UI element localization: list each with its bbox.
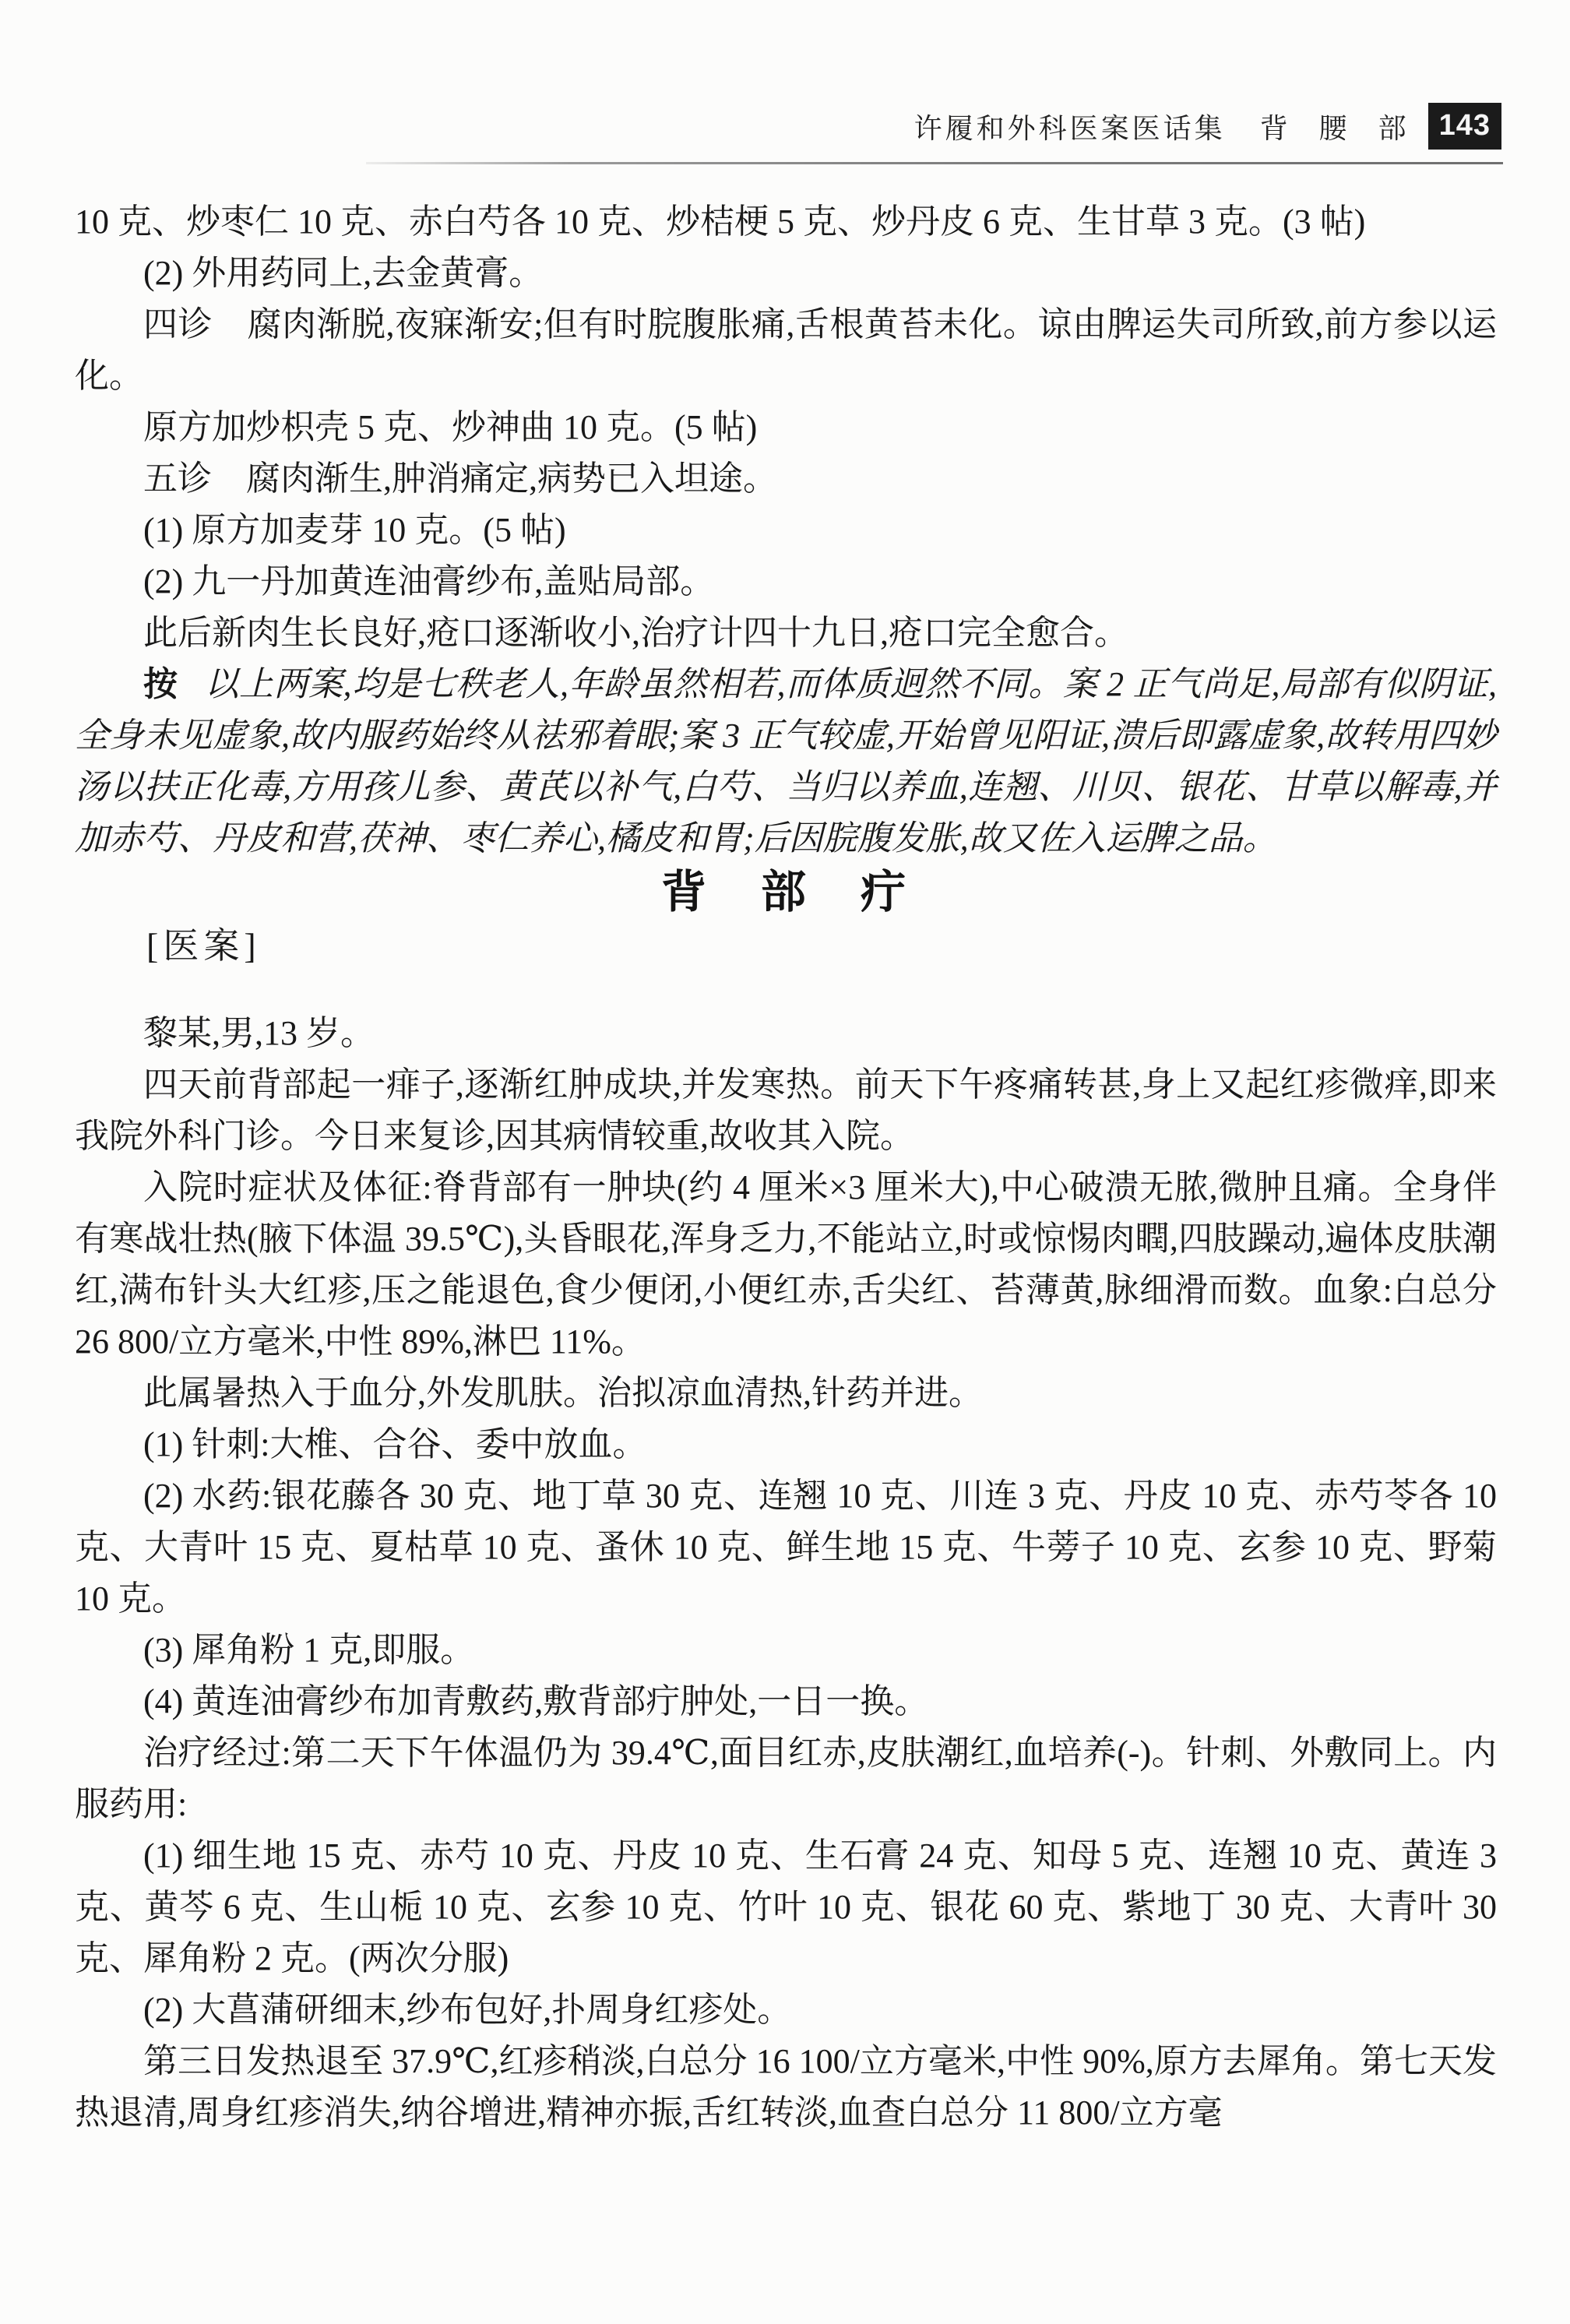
- paragraph: 此后新肉生长良好,疮口逐渐收小,治疗计四十九日,疮口完全愈合。: [75, 607, 1497, 659]
- paragraph: 此属暑热入于血分,外发肌肤。治拟凉血清热,针药并进。: [75, 1368, 1497, 1419]
- paragraph: (2) 大菖蒲研细末,纱布包好,扑周身红疹处。: [75, 1984, 1497, 2036]
- book-page: 许履和外科医案医话集 背 腰 部 143 10 克、炒枣仁 10 克、赤白芍各 …: [0, 0, 1570, 2324]
- paragraph: 五诊 腐肉渐生,肿消痛定,病势已入坦途。: [75, 453, 1497, 505]
- paragraph: 黎某,男,13 岁。: [75, 1008, 1497, 1059]
- header-rule: [366, 162, 1503, 164]
- commentary-lead: 按: [143, 665, 178, 703]
- commentary-paragraph: 按以上两案,均是七秩老人,年龄虽然相若,而体质迥然不同。案 2 正气尚足,局部有…: [75, 659, 1497, 864]
- page-number-badge: 143: [1428, 103, 1501, 150]
- book-title: 许履和外科医案医话集: [914, 107, 1226, 146]
- page-body: 10 克、炒枣仁 10 克、赤白芍各 10 克、炒桔梗 5 克、炒丹皮 6 克、…: [75, 196, 1497, 2139]
- paragraph: 四天前背部起一痱子,逐渐红肿成块,并发寒热。前天下午疼痛转甚,身上又起红疹微痒,…: [75, 1059, 1497, 1162]
- paragraph: (1) 原方加麦芽 10 克。(5 帖): [75, 505, 1497, 556]
- case-label: [医案]: [75, 921, 1497, 972]
- commentary-text: 以上两案,均是七秩老人,年龄虽然相若,而体质迥然不同。案 2 正气尚足,局部有似…: [75, 665, 1497, 857]
- paragraph: 第三日发热退至 37.9℃,红疹稍淡,白总分 16 100/立方毫米,中性 90…: [75, 2036, 1497, 2139]
- paragraph: (3) 犀角粉 1 克,即服。: [75, 1625, 1497, 1676]
- paragraph: 原方加炒枳壳 5 克、炒神曲 10 克。(5 帖): [75, 402, 1497, 453]
- paragraph: 四诊 腐肉渐脱,夜寐渐安;但有时脘腹胀痛,舌根黄苔未化。谅由脾运失司所致,前方参…: [75, 299, 1497, 402]
- paragraph: 治疗经过:第二天下午体温仍为 39.4℃,面目红赤,皮肤潮红,血培养(-)。针刺…: [75, 1727, 1497, 1830]
- running-head: 许履和外科医案医话集 背 腰 部 143: [914, 103, 1501, 150]
- paragraph: (1) 针刺:大椎、合谷、委中放血。: [75, 1419, 1497, 1470]
- paragraph: (1) 细生地 15 克、赤芍 10 克、丹皮 10 克、生石膏 24 克、知母…: [75, 1830, 1497, 1984]
- paragraph: (4) 黄连油膏纱布加青敷药,敷背部疔肿处,一日一换。: [75, 1676, 1497, 1727]
- paragraph: 10 克、炒枣仁 10 克、赤白芍各 10 克、炒桔梗 5 克、炒丹皮 6 克、…: [75, 196, 1497, 248]
- section-title: 背 部 疔: [75, 864, 1497, 921]
- paragraph: (2) 外用药同上,去金黄膏。: [75, 248, 1497, 299]
- running-head-section: 背 腰 部: [1260, 107, 1408, 146]
- paragraph: 入院时症状及体征:脊背部有一肿块(约 4 厘米×3 厘米大),中心破溃无脓,微肿…: [75, 1162, 1497, 1368]
- paragraph: (2) 九一丹加黄连油膏纱布,盖贴局部。: [75, 556, 1497, 607]
- paragraph: (2) 水药:银花藤各 30 克、地丁草 30 克、连翘 10 克、川连 3 克…: [75, 1470, 1497, 1625]
